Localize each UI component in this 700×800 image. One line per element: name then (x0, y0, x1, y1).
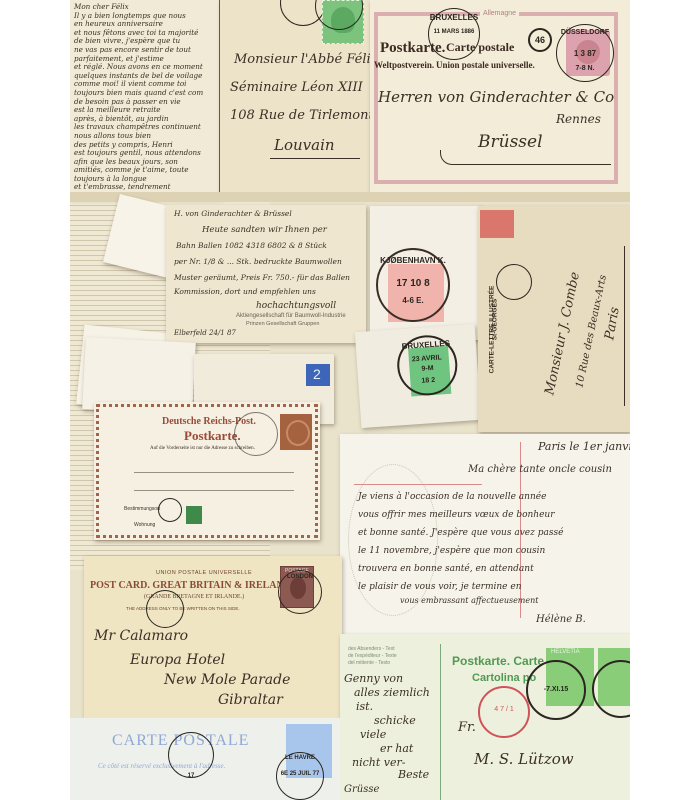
postmark-le-havre: LE HAVRE 6E 25 JUIL 77 (276, 752, 324, 800)
address-line-2: Rennes (556, 112, 601, 126)
letter-line: et t'embrasse, tendrement (74, 183, 218, 192)
postcard-collage: Mon cher FélixIl y a bien longtemps que … (70, 0, 630, 800)
swiss-title: Postkarte. Carte (452, 654, 544, 668)
gb-post-card: UNION POSTALE UNIVERSELLE POST CARD. GRE… (84, 556, 342, 718)
company-stamp: Aktiengesellschaft für Baumwoll-Industri… (236, 313, 346, 319)
address-line-2: Séminaire Léon XIII (230, 80, 363, 95)
carte-postale-blue: CARTE POSTALE Ce côté est réservé exclus… (70, 718, 340, 800)
signature: Hélène B. (536, 614, 586, 625)
red-stamp-semeuse (480, 210, 514, 238)
address-line-3: 108 Rue de Tirlemont (230, 108, 374, 123)
postmark-kobenhavn: KJØBENHAVN K. 17 10 8 4-6 E. (376, 248, 450, 322)
number-circle: 46 (528, 28, 552, 52)
kobenhavn-card: KJØBENHAVN K. 17 10 8 4-6 E. (370, 206, 482, 340)
address-line-4: Gibraltar (218, 692, 283, 708)
address-line-3: Brüssel (478, 132, 543, 152)
brown-stamp (280, 414, 312, 450)
postmark-st-georges (496, 264, 532, 300)
carte-lettre-illustree: CARTE-LETTRE ILLUSTRÉE St-GEORGES Monsie… (478, 206, 630, 432)
paris-letter: Paris le 1er janvier Ma chère tante oncl… (340, 434, 630, 634)
deutsche-reichspost-card: Deutsche Reichs-Post. Postkarte. Auf die… (94, 402, 320, 540)
belgian-postcard: Monsieur l'Abbé Félix Dom Séminaire Léon… (220, 0, 378, 192)
address-line-2: M. S. Lützow (474, 750, 574, 768)
address-line-1: Monsieur l'Abbé Félix Dom (234, 52, 378, 67)
gb-card-title: POST CARD. GREAT BRITAIN & IRELAND (90, 580, 291, 591)
address-line-1: Fr. (458, 720, 476, 735)
swiss-postkarte: des Absenders - Text de l'expéditeur - T… (340, 634, 630, 800)
german-business-note: H. von Ginderachter & Brüssel Heute sand… (166, 205, 366, 343)
address-line-1: Mr Calamaro (94, 628, 188, 644)
address-line-3: New Mole Parade (164, 672, 290, 688)
address-line-1: Herren von Ginderachter & Co (378, 88, 614, 106)
red-circle-mark: 4 7 / 1 (478, 686, 530, 738)
postmark-dusseldorf: DÜSSELDORF 1 3 87 7-8 N. (556, 24, 614, 82)
postmark-swiss-1: -7.XI.15 (526, 660, 586, 720)
address-line-2: Europa Hotel (130, 652, 225, 668)
postmark-london: LONDON (278, 570, 322, 614)
paper-strip (70, 192, 630, 202)
german-postkarte-top: Allemagne Postkarte. Carte postale Weltp… (370, 0, 630, 192)
postmark-carte-postale: 17 (168, 732, 214, 778)
bruxelles-card: BRUXELLES 23 AVRIL 9-M 18 2 (355, 324, 481, 428)
green-stamp-small (186, 506, 202, 524)
address-line-3: Paris (602, 306, 622, 341)
address-line-4: Louvain (274, 136, 335, 154)
postmark-bruxelles-top: BRUXELLES 11 MARS 1886 (428, 8, 480, 60)
blue-stamp: 2 (306, 364, 330, 386)
reichspost-title: Postkarte. (184, 428, 241, 444)
letter-top-left: Mon cher FélixIl y a bien longtemps que … (70, 0, 222, 198)
